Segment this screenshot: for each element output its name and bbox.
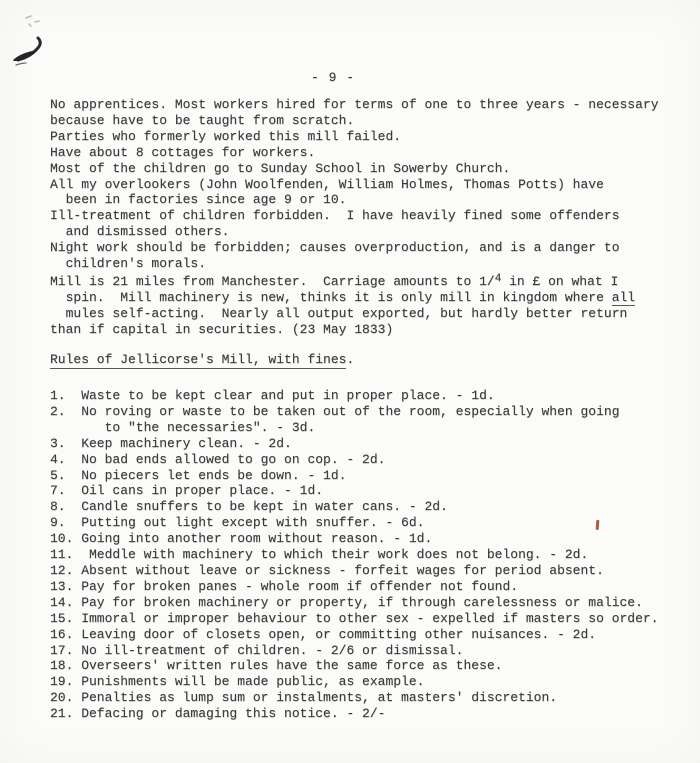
rule-number: 10.	[50, 531, 81, 547]
rule-item: 1.Waste to be kept clear and put in prop…	[50, 388, 659, 404]
text-segment: Rules of Jellicorse's Mill, with fines	[50, 352, 346, 369]
text-segment: Have about 8 cottages for workers.	[50, 145, 315, 160]
text-segment: Overseers' written rules have the same f…	[81, 658, 502, 673]
rule-item: 18.Overseers' written rules have the sam…	[50, 658, 659, 674]
rule-item: 19.Punishments will be made public, as e…	[50, 674, 659, 690]
rule-item: 17.No ill-treatment of children. - 2/6 o…	[50, 643, 659, 659]
rules-heading: Rules of Jellicorse's Mill, with fines.	[50, 352, 354, 368]
text-segment: All my overlookers (John Woolfenden, Wil…	[50, 177, 604, 192]
ink-scribble-mark	[4, 10, 56, 66]
rule-number: 2.	[50, 404, 81, 420]
text-segment: Ill-treatment of children forbidden. I h…	[50, 208, 620, 223]
rule-item: 11. Meddle with machinery to which their…	[50, 547, 659, 563]
rule-number: 17.	[50, 643, 81, 659]
rule-item: 9.Putting out light except with snuffer.…	[50, 515, 659, 531]
rule-number: 20.	[50, 690, 81, 706]
text-segment: No piecers let ends be down. - 1d.	[81, 468, 346, 483]
rule-item: 14.Pay for broken machinery or property,…	[50, 595, 659, 611]
text-segment: Most of the children go to Sunday School…	[50, 161, 510, 176]
text-segment: Waste to be kept clear and put in proper…	[81, 388, 494, 403]
notes-section: No apprentices. Most workers hired for t…	[50, 97, 659, 338]
text-segment: No roving or waste to be taken out of th…	[81, 404, 619, 419]
text-segment: Absent without leave or sickness - forfe…	[81, 563, 604, 578]
rule-number: 12.	[50, 563, 81, 579]
rule-number: 18.	[50, 658, 81, 674]
rule-item: 8.Candle snuffers to be kept in water ca…	[50, 499, 659, 515]
rule-number: 9.	[50, 515, 81, 531]
rule-item: 7.Oil cans in proper place. - 1d.	[50, 483, 659, 499]
note-line: No apprentices. Most workers hired for t…	[50, 97, 659, 113]
note-line: Most of the children go to Sunday School…	[50, 161, 659, 177]
text-segment: because have to be taught from scratch.	[50, 113, 354, 128]
text-segment: Penalties as lump sum or instalments, at…	[81, 690, 557, 705]
text-segment: Pay for broken machinery or property, if…	[81, 595, 643, 610]
text-segment: all	[612, 290, 635, 307]
text-segment: spin. Mill machinery is new, thinks it i…	[50, 290, 612, 305]
rule-item: 15.Immoral or improper behaviour to othe…	[50, 611, 659, 627]
rule-number: 11.	[50, 547, 81, 563]
text-segment: Defacing or damaging this notice. - 2/-	[81, 706, 385, 721]
note-line: Ill-treatment of children forbidden. I h…	[50, 208, 659, 224]
note-line: than if capital in securities. (23 May 1…	[50, 322, 659, 338]
rule-item: 4.No bad ends allowed to go on cop. - 2d…	[50, 452, 659, 468]
note-line: because have to be taught from scratch.	[50, 113, 659, 129]
rule-item: 2.No roving or waste to be taken out of …	[50, 404, 659, 420]
note-line: children's morals.	[50, 256, 659, 272]
note-line: Have about 8 cottages for workers.	[50, 145, 659, 161]
document-page: - 9 - No apprentices. Most workers hired…	[0, 0, 700, 763]
text-segment: Mill is 21 miles from Manchester. Carria…	[50, 274, 495, 289]
rule-item: 3.Keep machinery clean. - 2d.	[50, 436, 659, 452]
note-line: spin. Mill machinery is new, thinks it i…	[50, 290, 659, 306]
text-segment: children's morals.	[50, 256, 206, 271]
rule-number: 15.	[50, 611, 81, 627]
rules-list: 1.Waste to be kept clear and put in prop…	[50, 388, 659, 722]
page-number: - 9 -	[50, 70, 616, 86]
text-segment: and dismissed others.	[50, 224, 229, 239]
note-line: mules self-acting. Nearly all output exp…	[50, 306, 659, 322]
text-segment: Pay for broken panes - whole room if off…	[81, 579, 518, 594]
text-segment: mules self-acting. Nearly all output exp…	[50, 306, 627, 321]
rule-number: 16.	[50, 627, 81, 643]
rule-item: 13.Pay for broken panes - whole room if …	[50, 579, 659, 595]
text-segment: No apprentices. Most workers hired for t…	[50, 97, 659, 112]
note-line: All my overlookers (John Woolfenden, Wil…	[50, 177, 659, 193]
rule-item: 5.No piecers let ends be down. - 1d.	[50, 468, 659, 484]
text-segment: Oil cans in proper place. - 1d.	[81, 483, 323, 498]
rule-number: 14.	[50, 595, 81, 611]
rule-number: 3.	[50, 436, 81, 452]
rule-number: 8.	[50, 499, 81, 515]
rule-item: 16.Leaving door of closets open, or comm…	[50, 627, 659, 643]
note-line: Mill is 21 miles from Manchester. Carria…	[50, 272, 659, 290]
text-segment: Going into another room without reason. …	[81, 531, 432, 546]
text-segment: No bad ends allowed to go on cop. - 2d.	[81, 452, 385, 467]
rule-number: 1.	[50, 388, 81, 404]
text-segment: .	[346, 352, 354, 367]
note-line: Parties who formerly worked this mill fa…	[50, 129, 659, 145]
rule-number: 4.	[50, 452, 81, 468]
text-segment: Keep machinery clean. - 2d.	[81, 436, 292, 451]
rule-item: 10.Going into another room without reaso…	[50, 531, 659, 547]
note-line: and dismissed others.	[50, 224, 659, 240]
text-segment: Putting out light except with snuffer. -…	[81, 515, 424, 530]
rule-item: 20.Penalties as lump sum or instalments,…	[50, 690, 659, 706]
text-segment: Parties who formerly worked this mill fa…	[50, 129, 401, 144]
text-segment: Leaving door of closets open, or committ…	[81, 627, 596, 642]
text-segment: Punishments will be made public, as exam…	[81, 674, 424, 689]
text-segment: to "the necessaries". - 3d.	[81, 420, 315, 435]
text-segment: than if capital in securities. (23 May 1…	[50, 322, 393, 337]
rule-number: 5.	[50, 468, 81, 484]
text-segment: Night work should be forbidden; causes o…	[50, 240, 620, 255]
text-segment: been in factories since age 9 or 10.	[50, 192, 346, 207]
note-line: Night work should be forbidden; causes o…	[50, 240, 659, 256]
text-segment: Candle snuffers to be kept in water cans…	[81, 499, 448, 514]
text-segment: No ill-treatment of children. - 2/6 or d…	[81, 643, 463, 658]
text-segment: Meddle with machinery to which their wor…	[81, 547, 588, 562]
rule-number: 19.	[50, 674, 81, 690]
rule-item: 12.Absent without leave or sickness - fo…	[50, 563, 659, 579]
text-segment: in £ on what I	[501, 274, 618, 289]
rule-continuation: to "the necessaries". - 3d.	[50, 420, 659, 436]
rule-item: 21.Defacing or damaging this notice. - 2…	[50, 706, 659, 722]
rule-number: 7.	[50, 483, 81, 499]
note-line: been in factories since age 9 or 10.	[50, 192, 659, 208]
rule-number: 21.	[50, 706, 81, 722]
text-segment: Immoral or improper behaviour to other s…	[81, 611, 658, 626]
rule-number: 13.	[50, 579, 81, 595]
